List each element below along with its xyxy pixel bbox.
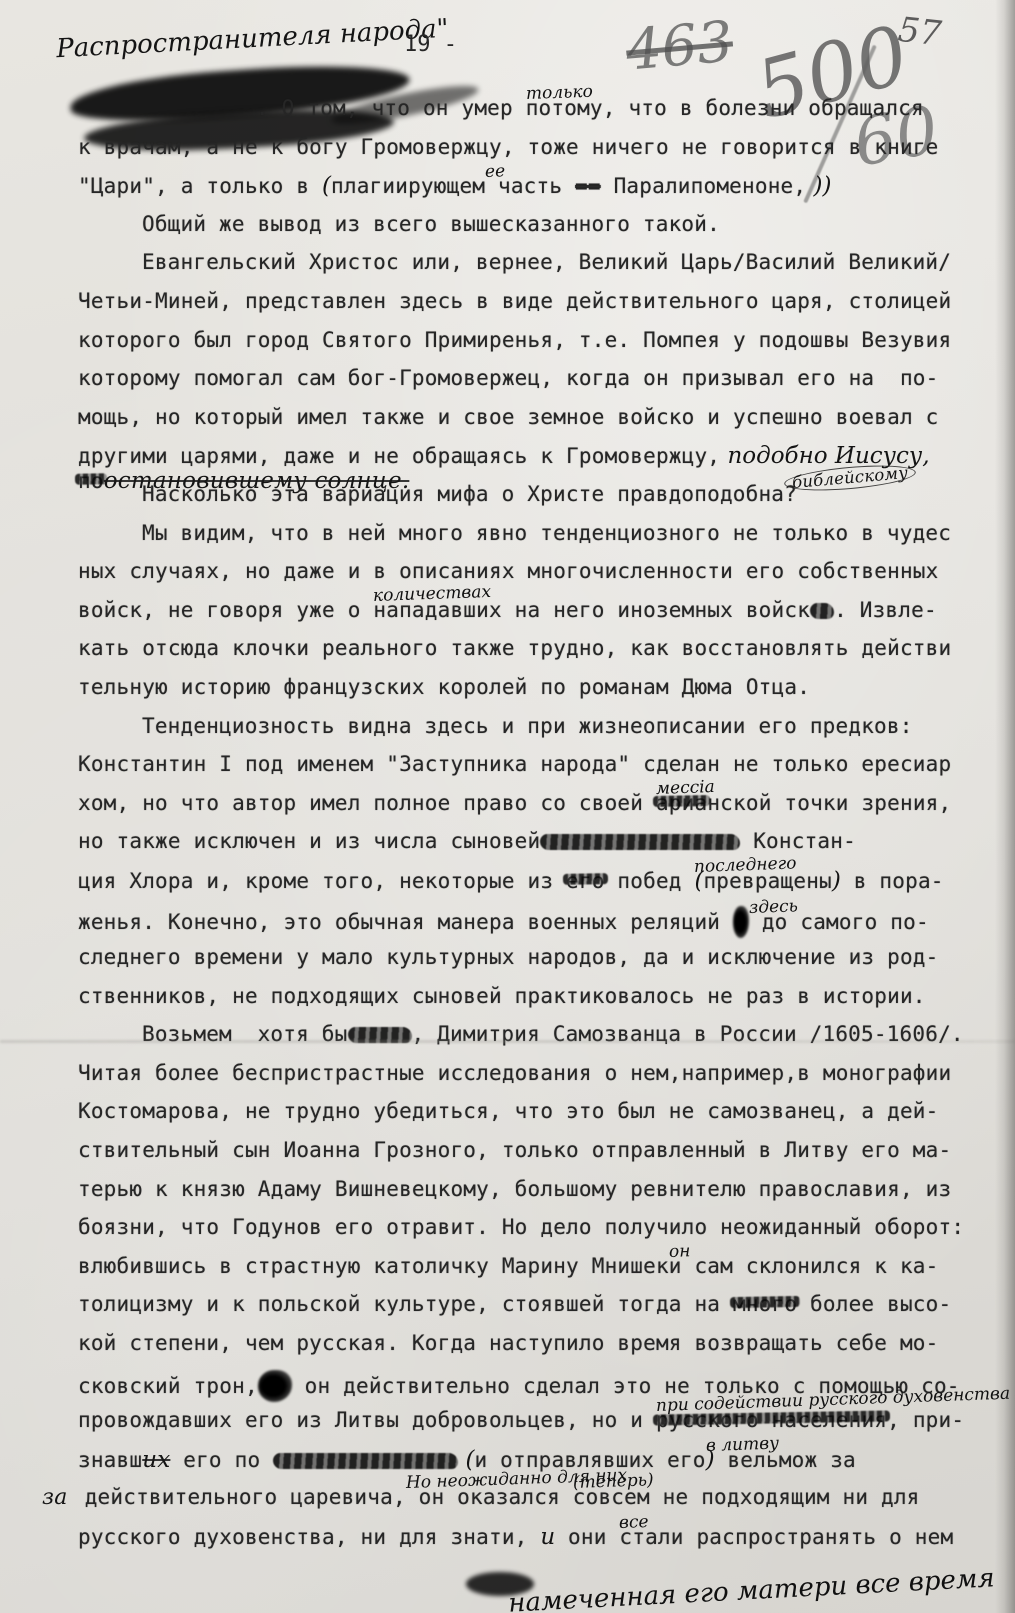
typescript-line: Четьи-Миней, представлен здесь в виде де… (78, 289, 964, 328)
typed-text: войск, не говоря уже о (78, 598, 373, 622)
handwritten-insertion: все (619, 1513, 620, 1533)
typed-text: Читая более беспристрастные исследования… (78, 1061, 951, 1085)
typescript-line: Насколько эта вариация мифа о Христе пра… (78, 482, 964, 521)
typed-text: мощь, но который имел также и свое земно… (78, 405, 939, 429)
typed-text: следнего времени у мало культурных народ… (78, 945, 939, 969)
typescript-line: терью к князю Адаму Вишневецкому, большо… (78, 1177, 964, 1216)
scribbled-typed-text: много (733, 1292, 797, 1316)
typescript-line: русского духовенства, ни для знати, и он… (78, 1524, 964, 1563)
typescript-line: кой степени, чем русская. Когда наступил… (78, 1331, 964, 1370)
typescript-line: Читая более беспристрастные исследования… (78, 1061, 964, 1100)
typed-text: Тенденциозность видна здесь и при жизнео… (142, 714, 913, 738)
typed-text: ных случаях, но даже и в описаниях много… (78, 559, 939, 583)
typed-text: нской точки зрения, (707, 791, 951, 815)
typed-text: "Цари", а только в (78, 174, 322, 198)
handwritten-title: Распространителя народа" (55, 14, 449, 65)
typescript-line: которого был город Святого Примиренья, т… (78, 328, 964, 367)
typed-text: они (555, 1525, 619, 1549)
handwritten-correction: и (540, 1524, 555, 1550)
typed-text: тельную историю французских королей по р… (78, 675, 810, 699)
typescript-line: мощь, но который имел также и свое земно… (78, 405, 964, 444)
typed-text: провождавших его из Литвы добровольцев, … (78, 1408, 656, 1432)
typed-text: Констан- (740, 829, 856, 853)
crossed-out-pencil-number: 463 (623, 9, 735, 83)
typed-text: Костомарова, не трудно убедиться, что эт… (78, 1099, 939, 1123)
corner-page-number: 57 (896, 10, 943, 54)
scribble-bar (273, 1453, 458, 1469)
typescript-line: боязни, что Годунов его отравит. Но дело… (78, 1215, 964, 1254)
typed-text: хом, но что автор имел полное право со с… (78, 791, 656, 815)
struck-handwriting: их (142, 1447, 170, 1473)
typed-text: к врачам, а не к богу Громовержцу, тоже … (78, 135, 939, 159)
handwritten-correction: ) (832, 868, 841, 894)
handwritten-insertion: в литву (705, 1436, 706, 1456)
typed-text: плагиирующем (331, 174, 485, 198)
scribble-bar (540, 834, 740, 850)
ink-blot (733, 906, 749, 938)
manuscript-page: Распространителя народа" 19 - 463 500 60… (0, 0, 1015, 1613)
typed-text: кой степени, чем русская. Когда наступил… (78, 1331, 939, 1355)
typescript-line: тельную историю французских королей по р… (78, 675, 964, 714)
ink-blot (258, 1370, 292, 1402)
typed-text: . Извле- (834, 598, 937, 622)
typescript-line: ствительный сын Иоанна Грозного, только … (78, 1138, 964, 1177)
typescript-line: к врачам, а не к богу Громовержцу, тоже … (78, 135, 964, 174)
typescript-line: которому помогал сам бог-Громовержец, ко… (78, 366, 964, 405)
typescript-line: Мы видим, что в ней много явно тенденцио… (78, 521, 964, 560)
bottom-handwritten-note: намеченная его матери все время (508, 1563, 996, 1613)
typed-text: действительного царевича, (85, 1485, 406, 1509)
typed-text: Мы видим, что в ней много явно тенденцио… (142, 521, 951, 545)
typescript-line: следнего времени у мало культурных народ… (78, 945, 964, 984)
typed-text: побед (605, 869, 695, 893)
typed-text: его по (170, 1448, 273, 1472)
typed-text: и сам склонился к ка- (669, 1254, 939, 1278)
typed-text: ственников, не подходящих сыновей практи… (78, 984, 926, 1008)
typescript-line: ция Хлора и, кроме того, некоторые из ег… (78, 868, 964, 907)
typed-text: сковский трон, (78, 1374, 258, 1398)
typed-text: стали распространять о нем (619, 1525, 953, 1549)
typed-text: женья. Конечно, это обычная манера военн… (78, 910, 733, 934)
typescript-line: "Цари", а только в (плагиирующемее часть… (78, 173, 964, 212)
margin-handwriting: за (42, 1485, 75, 1510)
typescript-line: влюбившись в страстную католичку Марину … (78, 1254, 964, 1293)
page-number: 19 - (404, 32, 457, 57)
typed-text: кать отсюда клочки реального также трудн… (78, 636, 951, 660)
typed-text: Насколько эта вариация мифа о Христе пра… (142, 482, 797, 506)
typescript-line: . О том, что он умер толькопотому, что в… (78, 96, 964, 135)
typescript-line: Евангельский Христос или, вернее, Велики… (78, 250, 964, 289)
typescript-line: за действительного царевича,Но неожиданн… (78, 1485, 964, 1524)
typescript-line: толицизму и к польской культуре, стоявше… (78, 1292, 964, 1331)
typescript-line: женья. Конечно, это обычная манера военн… (78, 906, 964, 945)
typed-text: Паралипоменоне, (601, 174, 807, 198)
typed-text: Общий же вывод из всего вышесказанного т… (142, 212, 720, 236)
typed-text: более высо- (797, 1292, 951, 1316)
scribble-bar (810, 603, 834, 619)
handwritten-correction: ( (458, 1447, 474, 1473)
typed-text: другими царями, даже и не обращаясь к Гр… (78, 444, 720, 468)
typed-text: которого был город Святого Примиренья, т… (78, 328, 951, 352)
handwritten-correction: )) (806, 173, 831, 199)
handwritten-correction: ( (322, 173, 331, 199)
typed-text: влюбившись в страстную католичку Марину … (78, 1254, 669, 1278)
typescript-line: Константин I под именем "Заступника наро… (78, 752, 964, 791)
handwritten-insertion: последнего (694, 857, 695, 877)
typescript-line: войск, не говоря уже о количествахнапада… (78, 598, 964, 637)
typed-text: ствительный сын Иоанна Грозного, только … (78, 1138, 951, 1162)
typescript-line: ных случаях, но даже и в описаниях много… (78, 559, 964, 598)
typed-text: терью к князю Адаму Вишневецкому, большо… (78, 1177, 951, 1201)
paper-crease (0, 1040, 1015, 1043)
typed-text: боязни, что Годунов его отравит. Но дело… (78, 1215, 964, 1239)
typed-text: Константин I под именем "Заступника наро… (78, 752, 951, 776)
typed-text: , при- (887, 1408, 964, 1432)
handwritten-insertion: Но неожиданно для них (405, 1473, 406, 1493)
typed-text: Четьи-Миней, представлен здесь в виде де… (78, 289, 951, 313)
typescript-line: ственников, не подходящих сыновей практи… (78, 984, 964, 1023)
typed-text: русского духовенства, ни для знати, (78, 1525, 540, 1549)
handwritten-insertion: при содействии русского духовенства (656, 1396, 657, 1416)
typescript-line: Общий же вывод из всего вышесказанного т… (78, 212, 964, 251)
typed-text: но также исключен и из числа сыновей (78, 829, 540, 853)
typescript-line: Костомарова, не трудно убедиться, что эт… (78, 1099, 964, 1138)
typescript-line: провождавших его из Литвы добровольцев, … (78, 1408, 964, 1447)
handwritten-insertion: он (668, 1242, 669, 1262)
typed-text: знавш (78, 1448, 142, 1472)
handwritten-insertion: ее (485, 162, 486, 182)
handwritten-insertion: (теперь) (572, 1473, 573, 1493)
typed-text: Евангельский Христос или, вернее, Велики… (142, 250, 951, 274)
typed-text-body: . О том, что он умер толькопотому, что в… (78, 96, 964, 1563)
handwritten-insertion: количествах (373, 586, 374, 606)
struck-typed-text: == (575, 174, 601, 198)
handwritten-insertion: только (525, 84, 526, 104)
typescript-line: кать отсюда клочки реального также трудн… (78, 636, 964, 675)
typed-text: в пора- (841, 869, 944, 893)
typed-text: . О том, что он умер (256, 96, 526, 120)
handwritten-insertion: здесь (749, 898, 750, 918)
scribbled-typed-text: его (566, 869, 605, 893)
typescript-line: но также исключен и из числа сыновей Кон… (78, 829, 964, 868)
typescript-line: хом, но что автор имел полное право со с… (78, 791, 964, 830)
handwritten-insertion: мессіа (656, 779, 657, 799)
typescript-line: Тенденциозность видна здесь и при жизнео… (78, 714, 964, 753)
typed-text: ция Хлора и, кроме того, некоторые из (78, 869, 566, 893)
typed-text: толицизму и к польской культуре, стоявше… (78, 1292, 733, 1316)
typed-text: которому помогал сам бог-Громовержец, ко… (78, 366, 939, 390)
